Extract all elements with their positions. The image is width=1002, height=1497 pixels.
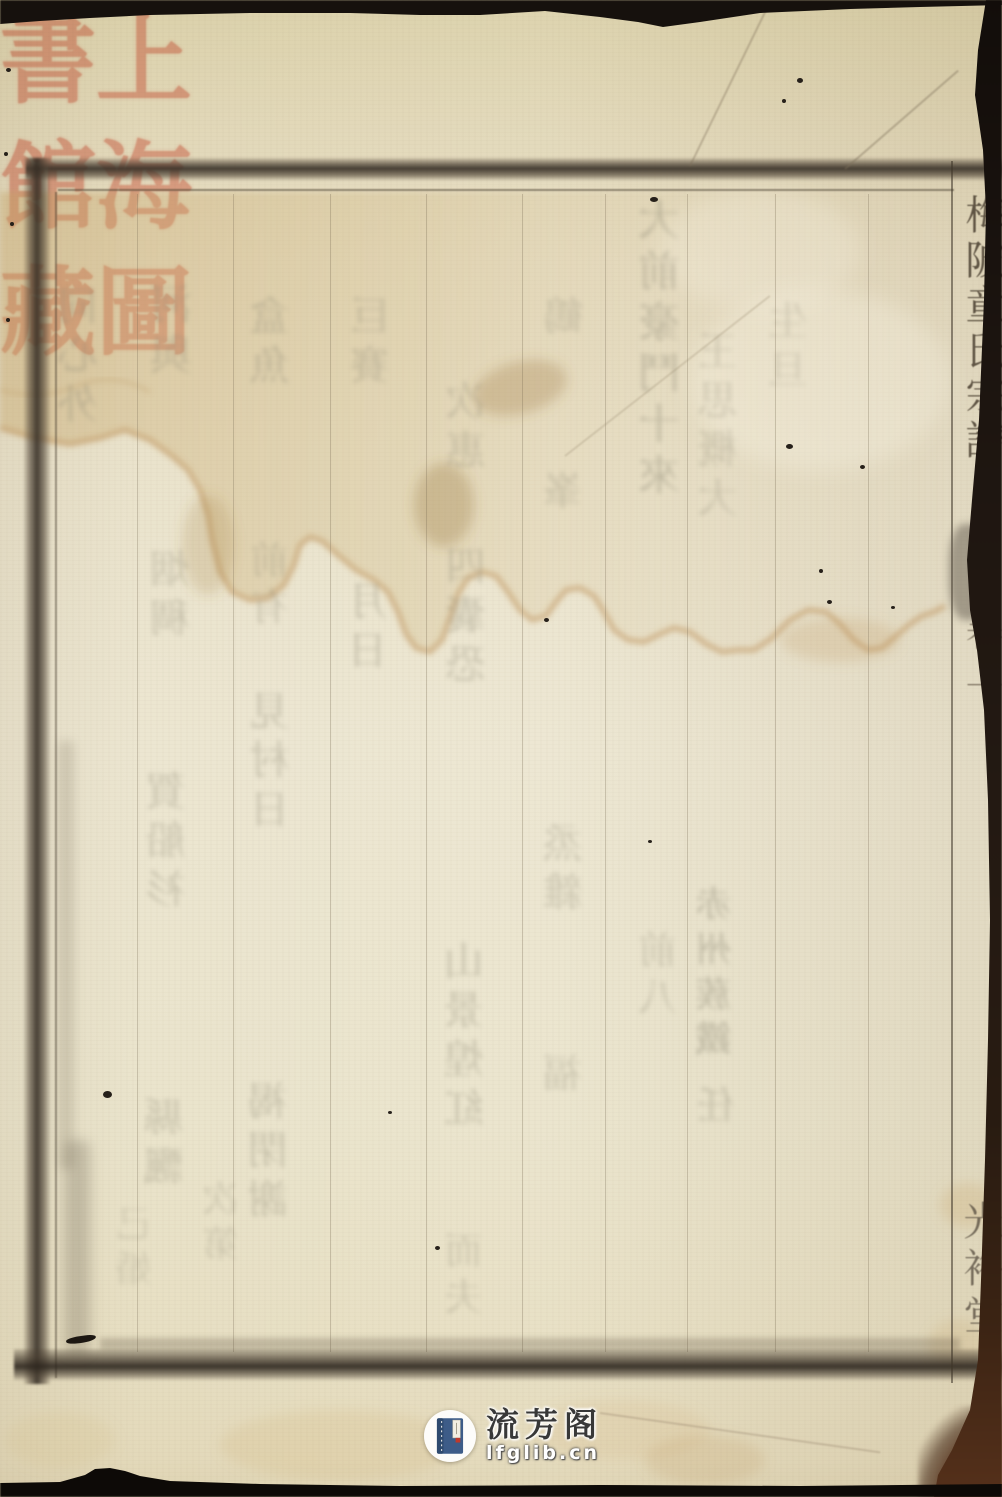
column-rule (137, 194, 138, 1352)
bleed-through-column: 赤州蔟鐵 (698, 885, 736, 1065)
bleed-through-column: 王思概大 (700, 330, 742, 526)
stain-rim (0, 428, 945, 652)
ink-speck (6, 68, 11, 72)
watermark-texts: 流芳阁 lfglib.cn (486, 1408, 603, 1463)
water-stain-overlay (0, 0, 1002, 1497)
paper-crease (564, 295, 770, 457)
stain-blob (780, 618, 900, 662)
bleed-through-column: 生旦 (770, 300, 812, 398)
stain-spot (5, 1412, 115, 1468)
ink-speck (819, 569, 823, 573)
ink-speck (388, 1111, 392, 1114)
bleed-through-column: 大前豪鬥十來 (640, 198, 684, 504)
stain-blob (414, 463, 474, 547)
bleed-through-column: 前八 (642, 930, 682, 1024)
paper-highlight (660, 190, 860, 310)
frame-innerline-top (58, 189, 954, 191)
ink-speck (103, 1091, 112, 1098)
ink-speck (786, 444, 793, 449)
bleed-through-column: 褐閉謝 (250, 1080, 292, 1227)
ink-smudge (64, 1140, 90, 1355)
bleed-through-column: 次第 (205, 1180, 243, 1270)
ink-speck (435, 1246, 440, 1250)
stain-blob (467, 350, 573, 425)
scan-edge-top (0, 0, 1002, 34)
bleed-through-column: 縣飄 (146, 1096, 188, 1194)
frame-border-bottom (14, 1349, 1002, 1381)
site-watermark: 流芳阁 lfglib.cn (424, 1408, 603, 1463)
bleed-through-column: 鶴 (546, 295, 588, 344)
bleed-through-column: 月日 (350, 580, 392, 678)
stitched-book-icon (436, 1417, 464, 1455)
bleed-through-column: 次惠 (448, 380, 490, 478)
stain-body (0, 192, 945, 652)
column-rule (687, 194, 688, 1352)
bleed-through-column: 峯 (545, 470, 587, 519)
ink-speck (891, 606, 895, 609)
ink-speck (860, 465, 865, 469)
paper-crease (844, 70, 959, 170)
seal-character: 圖 (96, 252, 192, 378)
column-rule (426, 194, 427, 1352)
frame-border-top (26, 157, 1002, 181)
watermark-site-name: 流芳阁 (486, 1408, 603, 1441)
ink-speck (10, 222, 14, 226)
paper-highlight (690, 290, 950, 470)
column-rule (330, 194, 331, 1352)
bleed-through-column: 四囊恐 (448, 545, 490, 692)
scanned-genealogy-page: 同心外河與烟稠賀船衫縣飄盒魚前有見村日褐閉謝巨賽月日次惠四囊恐山景煌紅而夫鶴峯烝… (0, 0, 1002, 1497)
frame-innerline-left (55, 192, 57, 1378)
ink-speck (4, 152, 8, 156)
column-rule (775, 194, 776, 1352)
stain-blob (182, 495, 234, 595)
stain-bottom (645, 1435, 765, 1485)
paper-crease (600, 1412, 881, 1453)
column-rule (522, 194, 523, 1352)
bleed-through-column: 前有 (254, 540, 294, 634)
scan-edge-right (932, 0, 1002, 1497)
watermark-site-url: lfglib.cn (486, 1444, 603, 1463)
bleed-through-column: 賀船衫 (148, 770, 190, 917)
bleed-through-column: 福 (545, 1052, 587, 1101)
column-rule (868, 194, 869, 1352)
ink-smudge (58, 740, 74, 1170)
bleed-through-column: 烝雜 (545, 822, 587, 920)
bleed-through-column: 烟稠 (152, 548, 194, 646)
ink-speck (782, 99, 786, 103)
bleed-through-column: 同心外 (60, 285, 102, 432)
bleed-through-column: 見村日 (252, 690, 294, 837)
frame-border-left (23, 158, 51, 1384)
ink-speck (797, 78, 803, 83)
ink-speck (6, 318, 10, 322)
frame-column-separator-right (951, 161, 953, 1383)
scan-edge-bottom (0, 1463, 1002, 1497)
paper-crease (689, 1, 771, 166)
bleed-through-column: 而夫 (448, 1230, 488, 1324)
seal-character: 上 (96, 0, 192, 126)
ink-speck (827, 600, 832, 604)
bleed-through-column: 山景煌紅 (446, 940, 488, 1136)
bleed-through-column: 任 (700, 1085, 740, 1132)
bleed-through-column: 河與 (152, 282, 196, 384)
watermark-badge (424, 1410, 476, 1462)
bleed-through-column: 盒魚 (252, 295, 294, 393)
column-rule (605, 194, 606, 1352)
bleed-through-column: 巨賽 (352, 295, 394, 393)
ink-speck (544, 618, 549, 622)
ink-speck (648, 840, 652, 843)
ink-speck (650, 197, 658, 202)
column-rule (233, 194, 234, 1352)
